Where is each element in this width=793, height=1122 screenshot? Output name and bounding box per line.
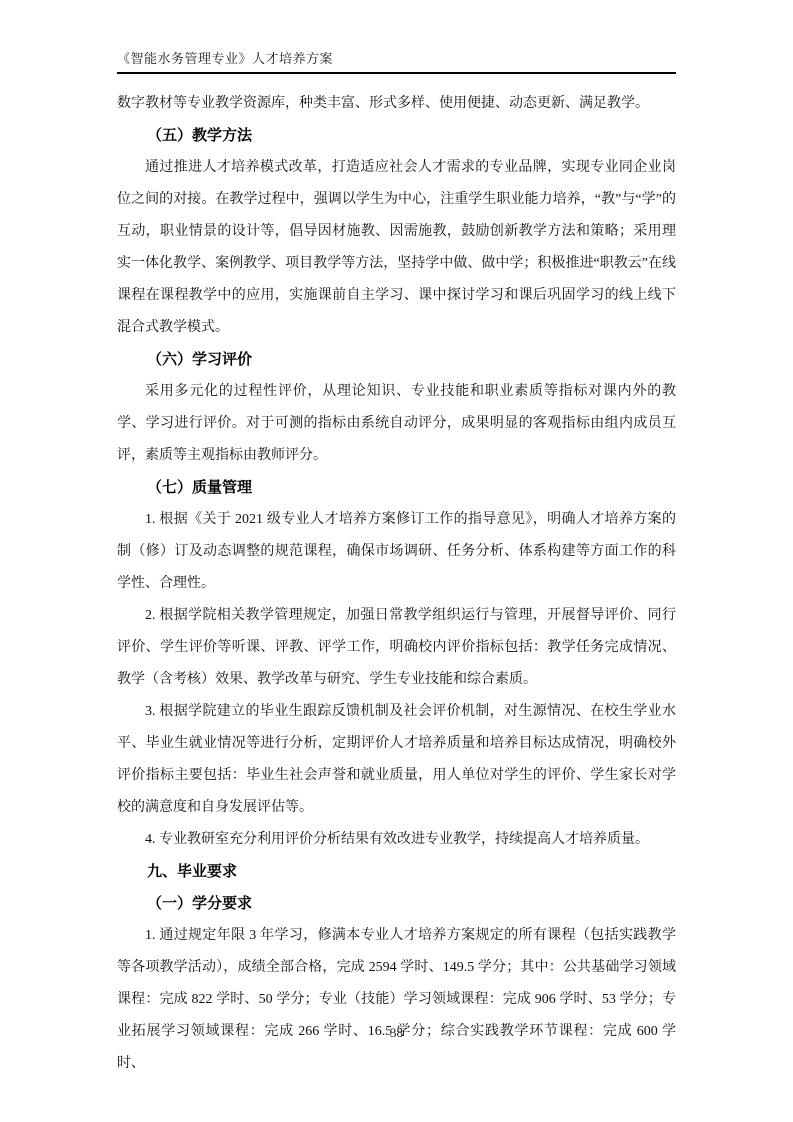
paragraph-resource-library: 数字教材等专业教学资源库，种类丰富、形式多样、使用便捷、动态更新、满足教学。 <box>117 88 676 120</box>
chapter-heading-graduation-requirements: 九、毕业要求 <box>117 856 676 888</box>
paragraph-quality-item-4: 4. 专业教研室充分利用评价分析结果有效改进专业教学，持续提高人才培养质量。 <box>117 824 676 856</box>
paragraph-learning-evaluation: 采用多元化的过程性评价，从理论知识、专业技能和职业素质等指标对课内外的教学、学习… <box>117 376 676 472</box>
header-title: 《智能水务管理专业》人才培养方案 <box>117 50 676 72</box>
section-heading-quality-management: （七）质量管理 <box>117 472 676 504</box>
header-rule <box>117 72 676 74</box>
paragraph-credit-requirements: 1. 通过规定年限 3 年学习，修满本专业人才培养方案规定的所有课程（包括实践教… <box>117 920 676 1080</box>
paragraph-teaching-methods: 通过推进人才培养模式改革，打造适应社会人才需求的专业品牌，实现专业同企业岗位之间… <box>117 152 676 344</box>
document-page: 《智能水务管理专业》人才培养方案 数字教材等专业教学资源库，种类丰富、形式多样、… <box>0 0 793 1122</box>
paragraph-quality-item-3: 3. 根据学院建立的毕业生跟踪反馈机制及社会评价机制，对生源情况、在校生学业水平… <box>117 696 676 824</box>
page-header: 《智能水务管理专业》人才培养方案 <box>117 50 676 74</box>
section-heading-learning-evaluation: （六）学习评价 <box>117 344 676 376</box>
page-number: 38 <box>390 1025 403 1040</box>
page-footer: 38 <box>0 1024 793 1042</box>
paragraph-quality-item-2: 2. 根据学院相关教学管理规定，加强日常教学组织运行与管理，开展督导评价、同行评… <box>117 600 676 696</box>
paragraph-quality-item-1: 1. 根据《关于 2021 级专业人才培养方案修订工作的指导意见》，明确人才培养… <box>117 504 676 600</box>
section-heading-credit-requirements: （一）学分要求 <box>117 888 676 920</box>
section-heading-teaching-methods: （五）教学方法 <box>117 120 676 152</box>
document-body: 数字教材等专业教学资源库，种类丰富、形式多样、使用便捷、动态更新、满足教学。 （… <box>117 88 676 1080</box>
